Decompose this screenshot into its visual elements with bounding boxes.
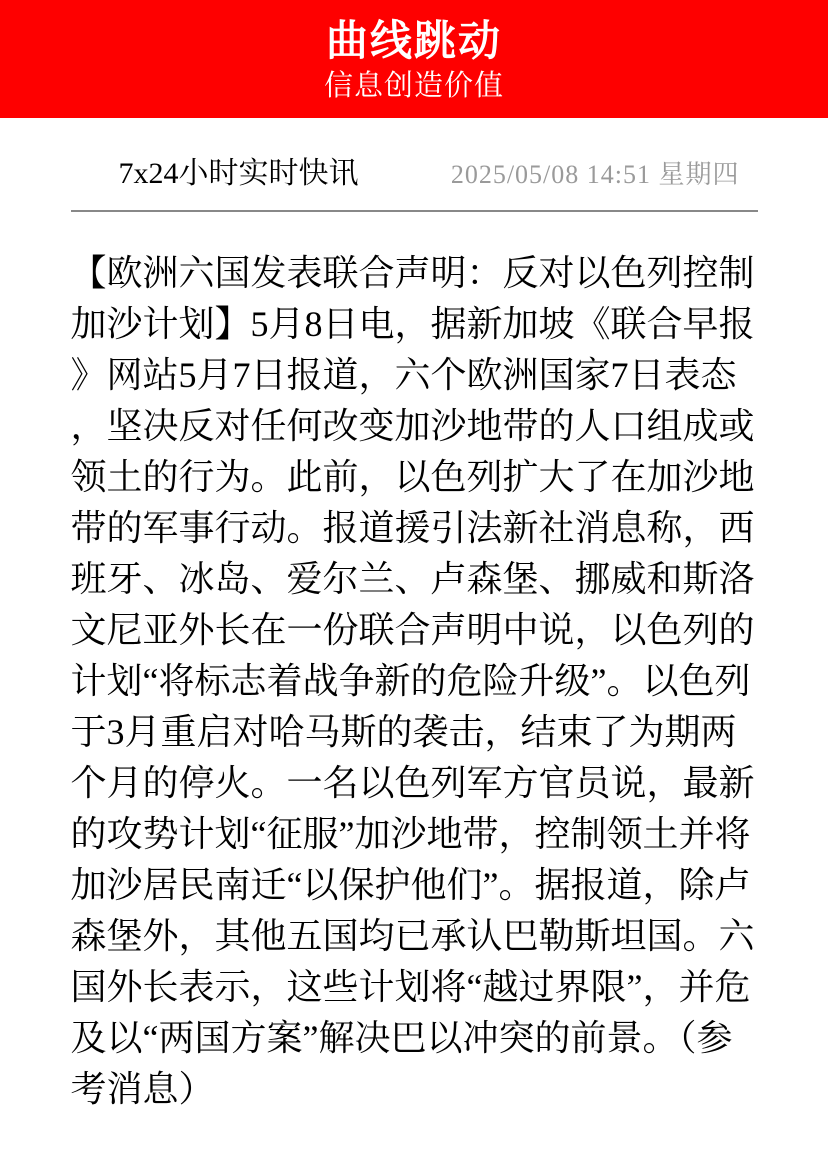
feed-meta-row: 7x24小时实时快讯 2025/05/08 14:51 星期四 xyxy=(71,148,758,192)
news-card: 7x24小时实时快讯 2025/05/08 14:51 星期四 【欧洲六国发表联… xyxy=(71,148,758,1163)
feed-title: 7x24小时实时快讯 xyxy=(119,148,359,192)
brand-banner: 曲线跳动 信息创造价值 xyxy=(0,0,828,118)
news-article: 【欧洲六国发表联合声明：反对以色列控制加沙计划】5月8日电，据新加坡《联合早报》… xyxy=(71,248,758,1163)
brand-slogan: 信息创造价值 xyxy=(324,70,504,103)
article-text: 【欧洲六国发表联合声明：反对以色列控制加沙计划】5月8日电，据新加坡《联合早报》… xyxy=(71,248,758,1115)
feed-timestamp: 2025/05/08 14:51 星期四 xyxy=(451,154,740,191)
brand-title: 曲线跳动 xyxy=(326,19,502,65)
divider-line xyxy=(71,210,758,212)
